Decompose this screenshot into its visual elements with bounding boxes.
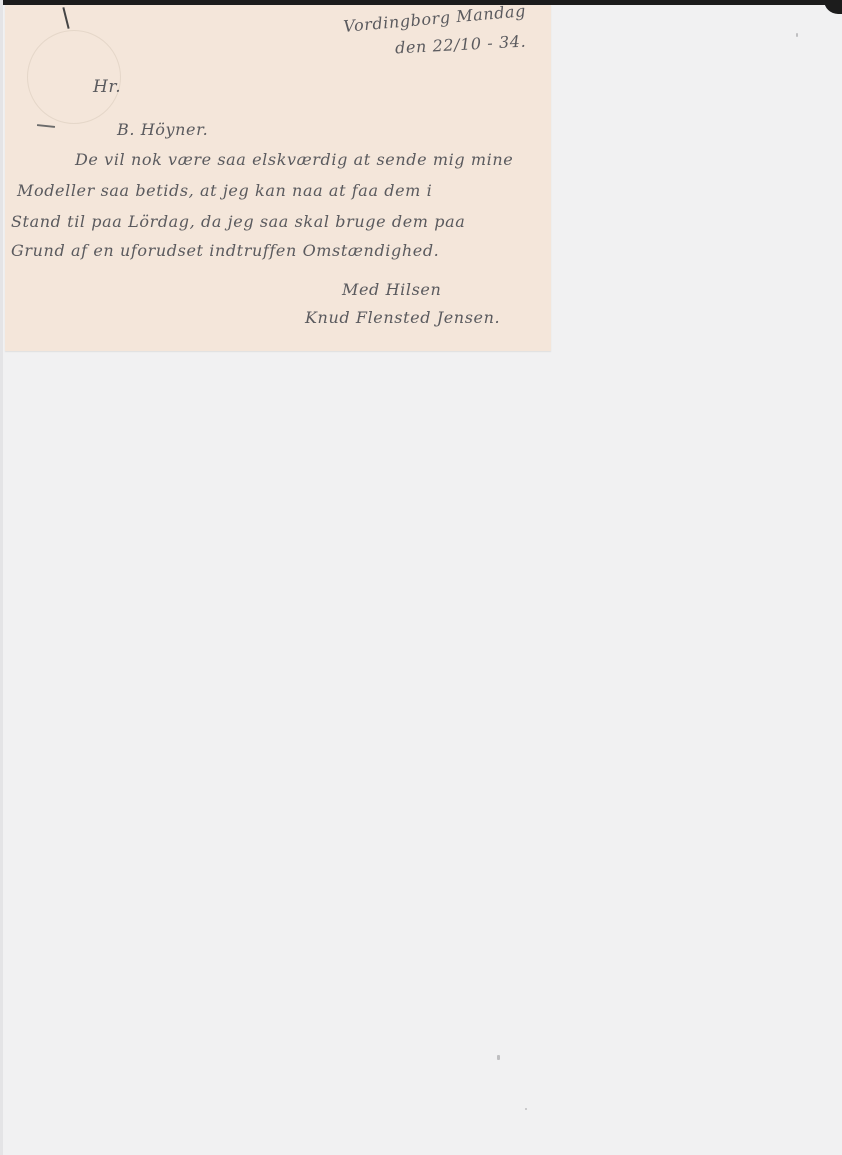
recipient-name: B. Höyner.	[117, 120, 208, 139]
place-and-day: Vordingborg Mandag	[343, 1, 527, 36]
dust-speck-icon	[525, 1108, 527, 1110]
body-line: Grund af en uforudset indtruffen Omstænd…	[11, 241, 439, 260]
dash-mark-icon	[37, 124, 55, 128]
body-line: Modeller saa betids, at jeg kan naa at f…	[17, 181, 432, 200]
body-line: Stand til paa Lördag, da jeg saa skal br…	[11, 212, 465, 231]
pencil-mark-icon	[62, 7, 69, 29]
body-line: De vil nok være saa elskværdig at sende …	[75, 150, 513, 169]
scanner-corner	[824, 0, 842, 14]
dust-speck-icon	[497, 1055, 500, 1060]
closing: Med Hilsen	[342, 280, 441, 299]
salutation: Hr.	[93, 77, 121, 97]
signature: Knud Flensted Jensen.	[305, 308, 500, 327]
postcard: Vordingborg Mandag den 22/10 - 34. Hr. B…	[5, 5, 551, 351]
letter-date: den 22/10 - 34.	[395, 32, 527, 58]
scanner-left-edge	[0, 0, 3, 1155]
dust-speck-icon	[796, 33, 798, 37]
